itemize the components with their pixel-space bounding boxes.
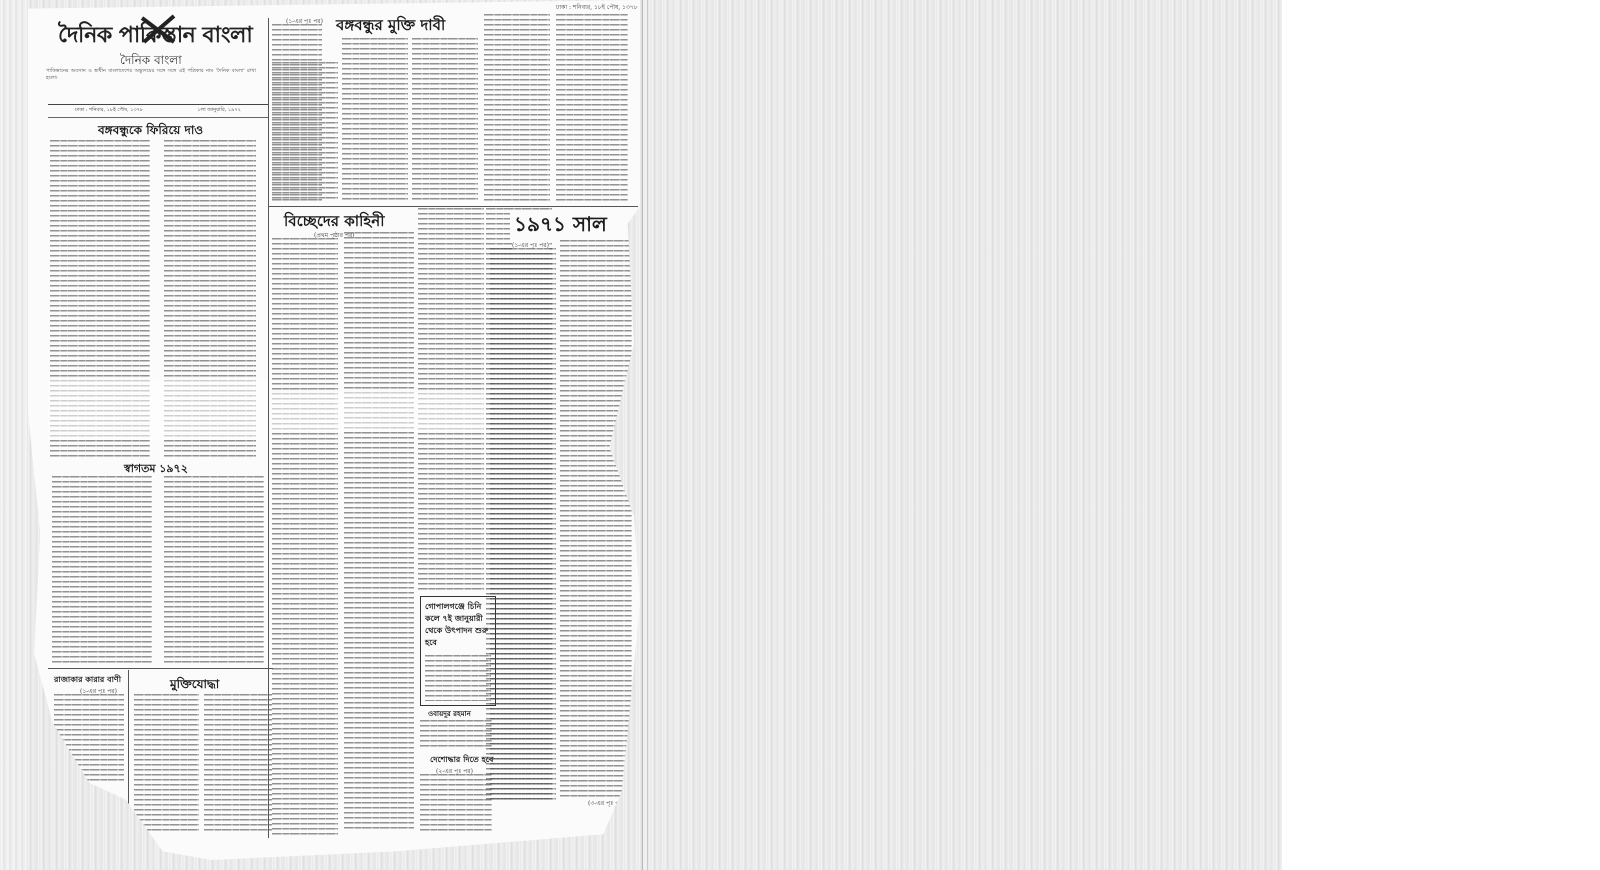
article-column [425, 655, 491, 701]
dateline: ঢাকা : শনিবার, ১৮ই পৌষ, ১৩৭৮ ১লা জানুয়া… [48, 104, 268, 118]
article-column [342, 38, 408, 202]
article-column [420, 720, 492, 750]
dateline-english-date: ১লা জানুয়ারি, ১৯৭২ [197, 107, 241, 115]
article-column [556, 14, 628, 204]
headline-gopalganj: গোপালগঞ্জে চিনি কলে ৭ই জানুয়ারী থেকে উৎ… [425, 601, 491, 649]
article-column [272, 62, 338, 202]
newspaper-page: দৈনিক পাকিস্তান বাংলা দৈনিক বাংলা পাকিস্… [28, 0, 640, 860]
byline-gopalganj: ওবায়দুর রহমান [428, 708, 471, 720]
article-column [164, 476, 264, 666]
article-column [272, 238, 338, 838]
strike-through-mark-icon [138, 14, 178, 44]
article-column [420, 774, 492, 834]
headline-1971: ১৯৭১ সাল [510, 210, 611, 243]
masthead-note: পাকিস্তানের অবসান ও স্বাধীন বাংলাদেশের অ… [46, 68, 256, 82]
headline-bangabandhu-return: বঙ্গবন্ধুকে ফিরিয়ে দাও [98, 122, 203, 142]
article-column [52, 476, 152, 666]
article-column [412, 38, 478, 202]
headline-muktijoddha: মুক্তিযোদ্ধা [170, 676, 219, 696]
article-column [204, 694, 272, 834]
headline-bangabandhu-mukti: বঙ্গবন্ধুর মুক্তি দাবী [336, 14, 445, 39]
gopalganj-box: গোপালগঞ্জে চিনি কলে ৭ই জানুয়ারী থেকে উৎ… [420, 596, 496, 706]
article-column [344, 232, 414, 832]
scan-margin-left [0, 0, 28, 870]
article-column [560, 240, 632, 800]
page-spine-divider [642, 0, 648, 870]
article-column [490, 248, 556, 803]
article-column [134, 694, 199, 834]
page-header-date: ঢাকা : শনিবার, ১৮ই পৌষ, ১৩৭৮ [556, 2, 638, 13]
dateline-bengali-date: ঢাকা : শনিবার, ১৮ই পৌষ, ১৩৭৮ [75, 107, 143, 115]
article-column [484, 14, 550, 202]
masthead: দৈনিক পাকিস্তান বাংলা দৈনিক বাংলা পাকিস্… [28, 0, 268, 120]
